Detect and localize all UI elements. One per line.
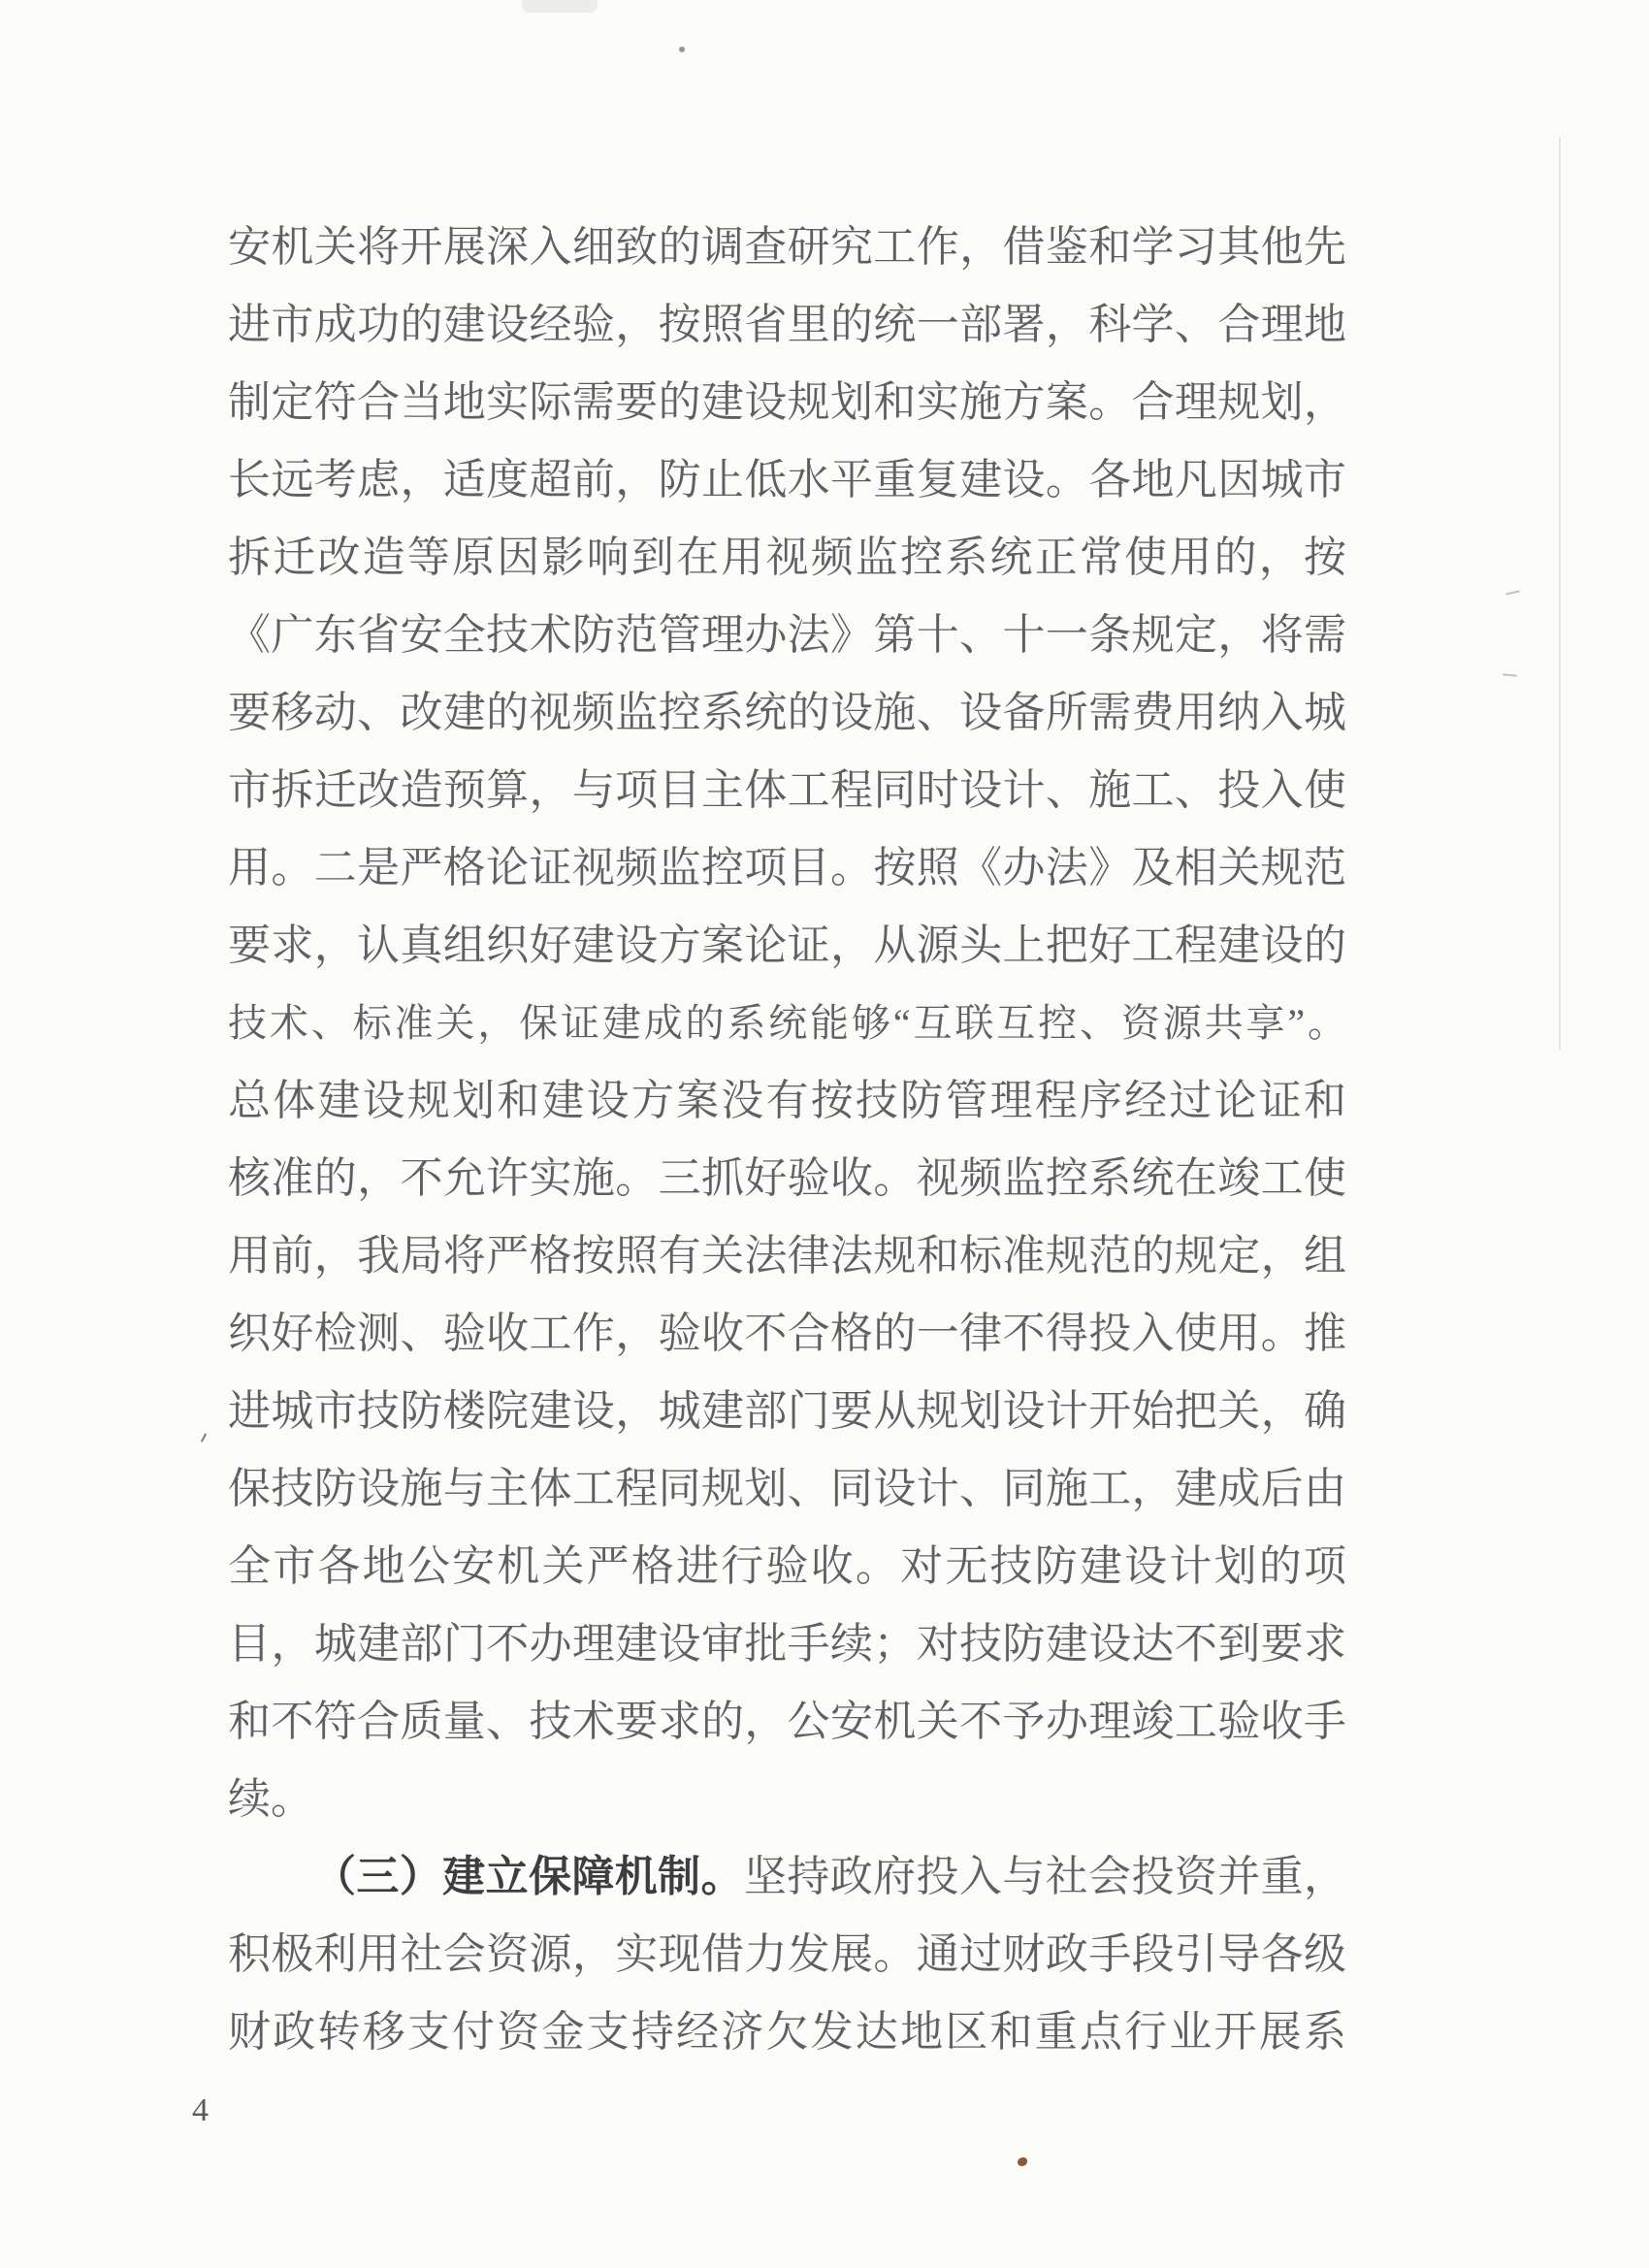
text-line: 积极利用社会资源，实现借力发展。通过财政手段引导各级 xyxy=(228,1916,1346,1993)
text-line: 长远考虑，适度超前，防止低水平重复建设。各地凡因城市 xyxy=(228,441,1346,519)
text-line: 进城市技防楼院建设，城建部门要从规划设计开始把关，确 xyxy=(228,1373,1346,1450)
text-segment: 要求，认真组织好建设方案论证，从源头上把好工程建设的 xyxy=(228,922,1346,969)
scan-vertical-line-artifact xyxy=(1559,138,1561,1050)
text-segment: 坚持政府投入与社会投资并重， xyxy=(744,1853,1346,1900)
text-line: 《广东省安全技术防范管理办法》第十、十一条规定，将需 xyxy=(228,597,1346,674)
text-line: 要移动、改建的视频监控系统的设施、设备所需费用纳入城 xyxy=(228,674,1346,752)
text-segment: 总体建设规划和建设方案没有按技防管理程序经过论证和 xyxy=(228,1077,1346,1124)
text-segment: 用。二是严格论证视频监控项目。按照《办法》及相关规范 xyxy=(228,844,1346,891)
text-segment: 保技防设施与主体工程同规划、同设计、同施工，建成后由 xyxy=(228,1465,1346,1512)
text-segment: 拆迁改造等原因影响到在用视频监控系统正常使用的，按 xyxy=(228,534,1346,581)
text-segment: 要移动、改建的视频监控系统的设施、设备所需费用纳入城 xyxy=(228,689,1346,736)
text-line: 织好检测、验收工作，验收不合格的一律不得投入使用。推 xyxy=(228,1295,1346,1373)
text-line: 用。二是严格论证视频监控项目。按照《办法》及相关规范 xyxy=(228,829,1346,907)
page-number: 4 xyxy=(192,2088,209,2134)
text-segment: 续。 xyxy=(228,1775,313,1823)
text-line: 制定符合当地实际需要的建设规划和实施方案。合理规划， xyxy=(228,364,1346,441)
text-segment: 全市各地公安机关严格进行验收。对无技防建设计划的项 xyxy=(228,1542,1346,1590)
text-line: 要求，认真组织好建设方案论证，从源头上把好工程建设的 xyxy=(228,907,1346,985)
text-line: 和不符合质量、技术要求的，公安机关不予办理竣工验收手 xyxy=(228,1683,1346,1761)
text-segment: 安机关将开展深入细致的调查研究工作，借鉴和学习其他先 xyxy=(228,223,1346,271)
text-segment: 进市成功的建设经验，按照省里的统一部署，科学、合理地 xyxy=(228,301,1346,348)
text-line: 全市各地公安机关严格进行验收。对无技防建设计划的项 xyxy=(228,1528,1346,1605)
text-segment: 目，城建部门不办理建设审批手续；对技防建设达不到要求 xyxy=(228,1620,1346,1668)
text-line: 总体建设规划和建设方案没有按技防管理程序经过论证和 xyxy=(228,1062,1346,1140)
document-page: 安机关将开展深入细致的调查研究工作，借鉴和学习其他先进市成功的建设经验，按照省里… xyxy=(0,0,1649,2268)
text-segment: 织好检测、验收工作，验收不合格的一律不得投入使用。推 xyxy=(228,1310,1346,1357)
text-line: 拆迁改造等原因影响到在用视频监控系统正常使用的，按 xyxy=(228,519,1346,597)
text-segment: 核准的，不允许实施。三抓好验收。视频监控系统在竣工使 xyxy=(228,1154,1346,1202)
text-line: 核准的，不允许实施。三抓好验收。视频监控系统在竣工使 xyxy=(228,1140,1346,1217)
scan-speck-gray xyxy=(679,47,685,52)
text-segment: 长远考虑，适度超前，防止低水平重复建设。各地凡因城市 xyxy=(228,456,1346,503)
text-segment: 进城市技防楼院建设，城建部门要从规划设计开始把关，确 xyxy=(228,1387,1346,1435)
scan-tick-mark xyxy=(201,1433,207,1442)
text-line: 用前，我局将严格按照有关法律法规和标准规范的规定，组 xyxy=(228,1217,1346,1295)
text-segment: 积极利用社会资源，实现借力发展。通过财政手段引导各级 xyxy=(228,1930,1346,1978)
text-segment: 财政转移支付资金支持经济欠发达地区和重点行业开展系 xyxy=(228,2008,1346,2056)
document-body: 安机关将开展深入细致的调查研究工作，借鉴和学习其他先进市成功的建设经验，按照省里… xyxy=(228,209,1346,2071)
text-segment: 《广东省安全技术防范管理办法》第十、十一条规定，将需 xyxy=(228,611,1346,659)
text-line: 市拆迁改造预算，与项目主体工程同时设计、施工、投入使 xyxy=(228,752,1346,829)
text-line: 技术、标准关，保证建成的系统能够“互联互控、资源共享”。 xyxy=(228,985,1346,1062)
text-segment: 技术、标准关，保证建成的系统能够“互联互控、资源共享”。 xyxy=(228,1001,1346,1045)
text-segment: 用前，我局将严格按照有关法律法规和标准规范的规定，组 xyxy=(228,1232,1346,1280)
scan-speck-brown xyxy=(1018,2157,1027,2166)
text-line: 财政转移支付资金支持经济欠发达地区和重点行业开展系 xyxy=(228,1993,1346,2071)
text-line: 续。 xyxy=(228,1761,1346,1838)
text-line: 目，城建部门不办理建设审批手续；对技防建设达不到要求 xyxy=(228,1605,1346,1683)
text-segment: 制定符合当地实际需要的建设规划和实施方案。合理规划， xyxy=(228,378,1346,426)
text-line: （三）建立保障机制。坚持政府投入与社会投资并重， xyxy=(228,1838,1346,1916)
scan-pencil-mark xyxy=(1505,590,1520,595)
section-heading-segment: （三）建立保障机制。 xyxy=(313,1853,744,1900)
scan-smudge-artifact xyxy=(522,0,598,13)
scan-pencil-mark xyxy=(1503,673,1517,677)
text-segment: 市拆迁改造预算，与项目主体工程同时设计、施工、投入使 xyxy=(228,766,1346,814)
text-line: 进市成功的建设经验，按照省里的统一部署，科学、合理地 xyxy=(228,286,1346,364)
text-line: 安机关将开展深入细致的调查研究工作，借鉴和学习其他先 xyxy=(228,209,1346,286)
text-segment: 和不符合质量、技术要求的，公安机关不予办理竣工验收手 xyxy=(228,1698,1346,1745)
text-line: 保技防设施与主体工程同规划、同设计、同施工，建成后由 xyxy=(228,1450,1346,1528)
